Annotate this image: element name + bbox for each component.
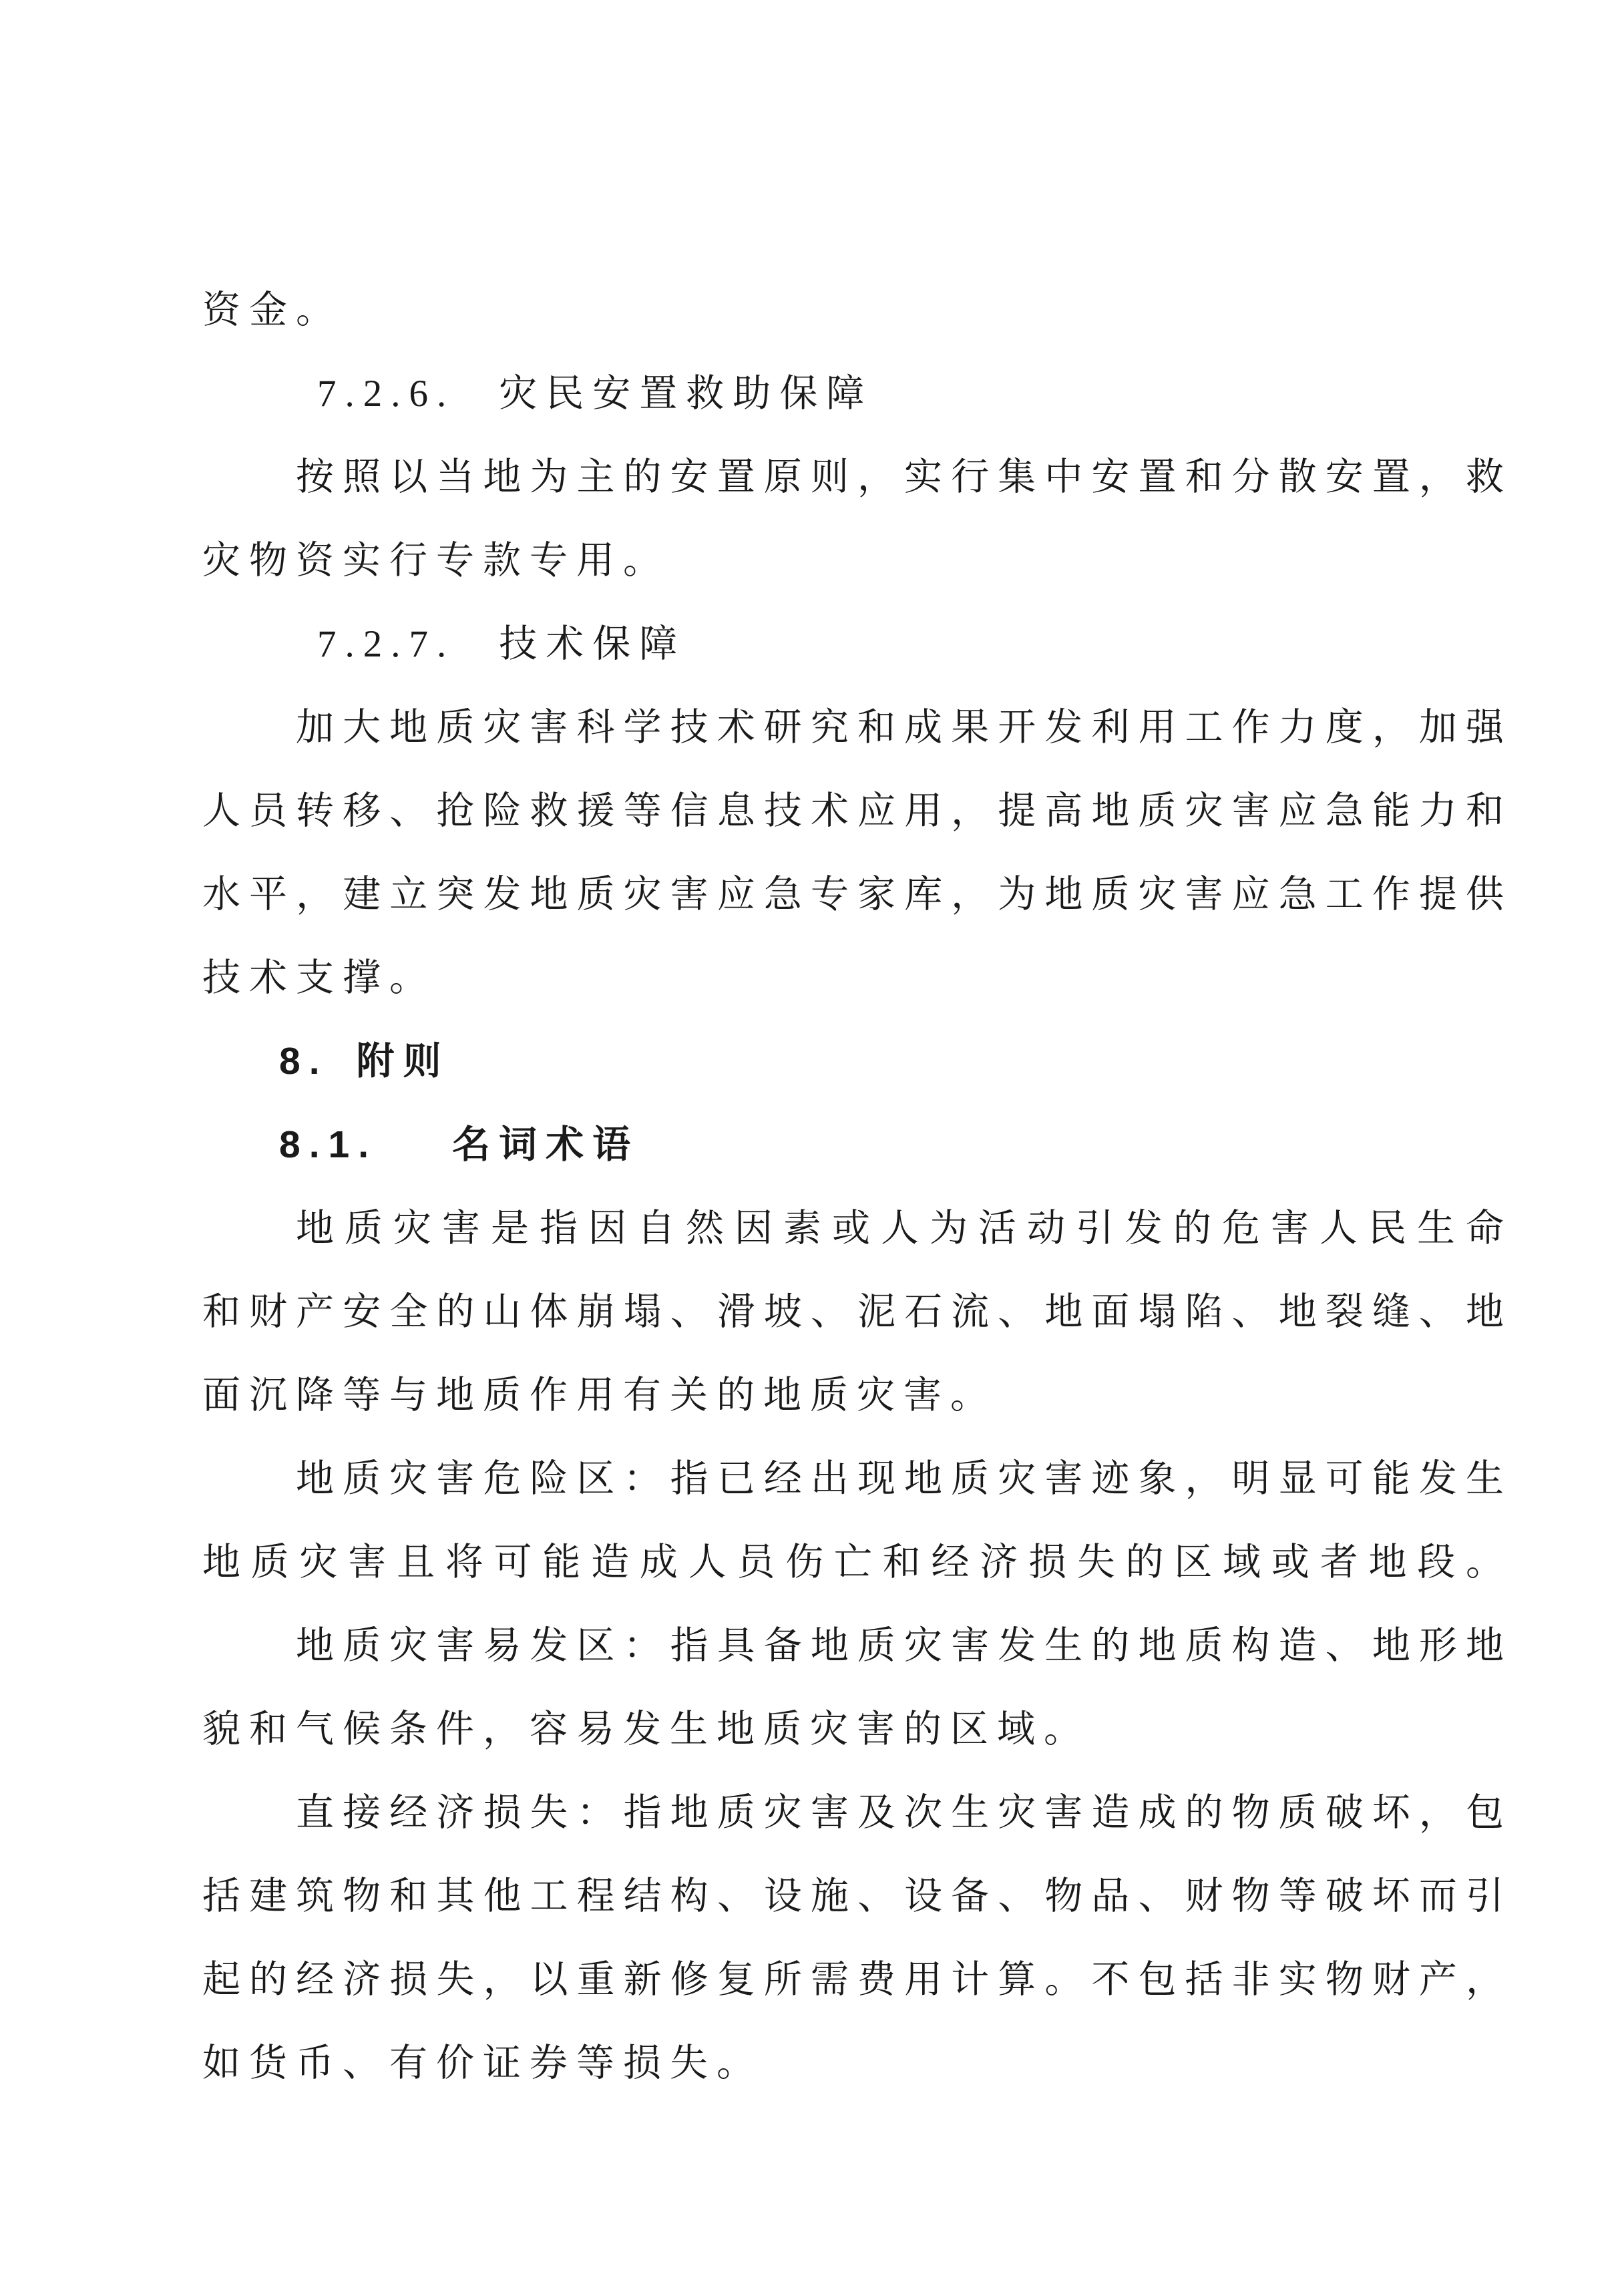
section-title: 技术保障: [499, 622, 686, 666]
text-run: 地质灾害易发区：指具备地质灾害发生的地质构造、地形地: [296, 1623, 1512, 1668]
text-line: 人员转移、抢险救援等信息技术应用，提高地质灾害应急能力和: [202, 769, 1512, 853]
section-title: 附则: [357, 1039, 450, 1083]
section-number: 8.: [279, 1040, 329, 1083]
text-line: 加大地质灾害科学技术研究和成果开发利用工作力度，加强: [202, 686, 1512, 769]
text-line: 灾物资实行专款专用。: [202, 519, 1512, 602]
section-heading-line: 8.1.名词术语: [202, 1103, 1512, 1187]
text-run: 加大地质灾害科学技术研究和成果开发利用工作力度，加强: [296, 705, 1512, 749]
section-heading-line: 7.2.7.技术保障: [202, 602, 1512, 686]
text-run: 如货币、有价证券等损失。: [202, 2041, 763, 2085]
text-line: 和财产安全的山体崩塌、滑坡、泥石流、地面塌陷、地裂缝、地: [202, 1270, 1512, 1354]
text-line: 貌和气候条件，容易发生地质灾害的区域。: [202, 1688, 1512, 1771]
text-run: 直接经济损失：指地质灾害及次生灾害造成的物质破坏，包: [296, 1790, 1512, 1835]
section-title: 灾民安置救助保障: [499, 371, 873, 415]
text-run: 和财产安全的山体崩塌、滑坡、泥石流、地面塌陷、地裂缝、地: [202, 1290, 1512, 1334]
text-run: 资金。: [202, 288, 343, 332]
text-run: 面沉降等与地质作用有关的地质灾害。: [202, 1373, 997, 1417]
text-line: 水平，建立突发地质灾害应急专家库，为地质灾害应急工作提供: [202, 853, 1512, 936]
text-line: 地质灾害易发区：指具备地质灾害发生的地质构造、地形地: [202, 1604, 1512, 1688]
document-page: 资金。7.2.6.灾民安置救助保障按照以当地为主的安置原则，实行集中安置和分散安…: [0, 0, 1624, 2292]
text-run: 人员转移、抢险救援等信息技术应用，提高地质灾害应急能力和: [202, 789, 1512, 833]
text-run: 括建筑物和其他工程结构、设施、设备、物品、财物等破坏而引: [202, 1874, 1512, 1918]
text-line: 技术支撑。: [202, 936, 1512, 1020]
section-number: 7.2.7.: [317, 623, 455, 665]
text-line: 按照以当地为主的安置原则，实行集中安置和分散安置，救: [202, 435, 1512, 519]
text-run: 按照以当地为主的安置原则，实行集中安置和分散安置，救: [296, 455, 1512, 499]
text-line: 地质灾害是指因自然因素或人为活动引发的危害人民生命: [202, 1187, 1512, 1270]
text-run: 貌和气候条件，容易发生地质灾害的区域。: [202, 1707, 1090, 1751]
text-line: 资金。: [202, 268, 1512, 352]
document-text-block: 资金。7.2.6.灾民安置救助保障按照以当地为主的安置原则，实行集中安置和分散安…: [202, 268, 1512, 2105]
text-line: 如货币、有价证券等损失。: [202, 2022, 1512, 2105]
section-number: 7.2.6.: [317, 373, 455, 415]
text-run: 地质灾害且将可能造成人员伤亡和经济损失的区域或者地段。: [202, 1540, 1512, 1584]
text-run: 灾物资实行专款专用。: [202, 538, 670, 582]
text-run: 地质灾害是指因自然因素或人为活动引发的危害人民生命: [296, 1206, 1512, 1250]
text-run: 起的经济损失，以重新修复所需费用计算。不包括非实物财产，: [202, 1957, 1512, 2001]
text-line: 地质灾害且将可能造成人员伤亡和经济损失的区域或者地段。: [202, 1521, 1512, 1604]
text-line: 地质灾害危险区：指已经出现地质灾害迹象，明显可能发生: [202, 1437, 1512, 1521]
text-run: 技术支撑。: [202, 956, 436, 1000]
text-line: 起的经济损失，以重新修复所需费用计算。不包括非实物财产，: [202, 1938, 1512, 2022]
section-number: 8.1.: [279, 1123, 377, 1166]
text-line: 括建筑物和其他工程结构、设施、设备、物品、财物等破坏而引: [202, 1855, 1512, 1938]
text-run: 水平，建立突发地质灾害应急专家库，为地质灾害应急工作提供: [202, 872, 1512, 916]
section-heading-line: 8.附则: [202, 1020, 1512, 1103]
text-run: 地质灾害危险区：指已经出现地质灾害迹象，明显可能发生: [296, 1457, 1512, 1501]
text-line: 直接经济损失：指地质灾害及次生灾害造成的物质破坏，包: [202, 1771, 1512, 1855]
section-heading-line: 7.2.6.灾民安置救助保障: [202, 352, 1512, 435]
text-line: 面沉降等与地质作用有关的地质灾害。: [202, 1354, 1512, 1437]
section-title: 名词术语: [452, 1123, 639, 1167]
